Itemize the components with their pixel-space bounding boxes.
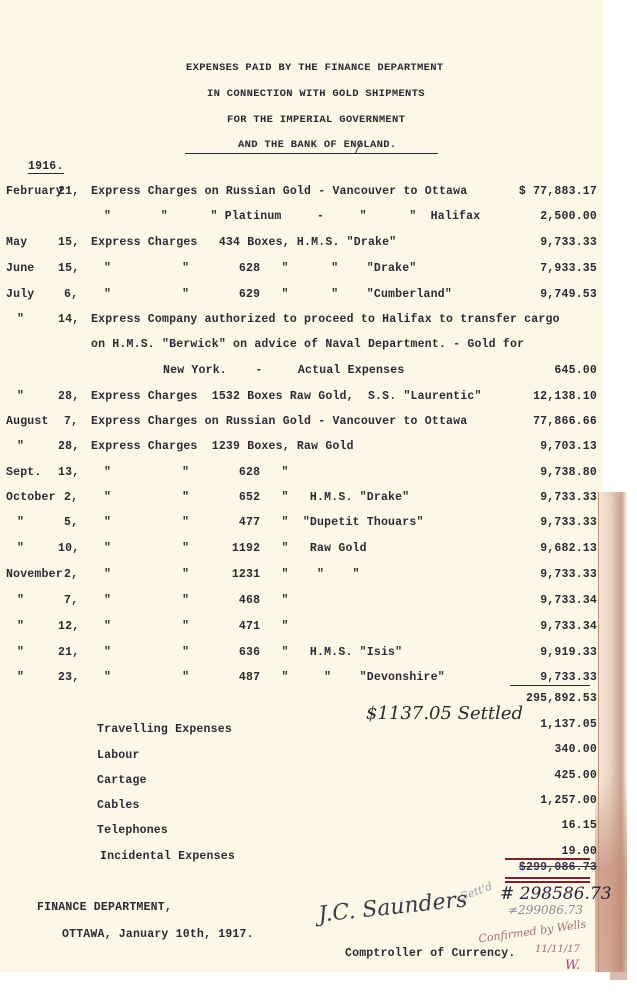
struck-total-amount: $299,086.73 [477,861,597,874]
title-line-4: AND THE BANK OF ENGLAND. [238,139,396,151]
entry-month: " [17,440,24,453]
entry-day: 15, [58,236,79,249]
signatory-title: Comptroller of Currency. [345,947,515,960]
entry-amount: 9,733.33 [477,568,597,581]
stained-corner [595,780,627,980]
entry-amount: 9,749.53 [477,288,597,301]
entry-month: November [6,568,63,581]
entry-amount: 9,733.33 [477,236,597,249]
entry-month: " [17,671,24,684]
entry-description: " " 487 " " "Devonshire" [104,671,445,684]
entry-day: 13, [58,466,79,479]
entry-description: New York. - Actual Expenses [163,364,404,377]
entry-description: " " 636 " H.M.S. "Isis" [104,646,402,659]
entry-description: Express Charges 1532 Boxes Raw Gold, S.S… [91,390,482,403]
expense-label: Cartage [97,774,147,787]
year-heading: 1916. [28,160,64,174]
entry-month: October [6,491,56,504]
entry-amount: 9,733.33 [477,491,597,504]
title-line-2: IN CONNECTION WITH GOLD SHIPMENTS [207,88,425,100]
entry-day: 7, [64,415,78,428]
entry-amount: 77,866.66 [477,415,597,428]
expense-amount: 19.00 [477,845,597,858]
entry-day: 15, [58,262,79,275]
entry-day: 10, [58,542,79,555]
footer-department: FINANCE DEPARTMENT, [37,901,172,914]
expense-label: Labour [97,749,140,762]
entry-description: Express Charges on Russian Gold - Vancou… [91,185,467,198]
entry-day: 28, [58,440,79,453]
handwritten-old-total: ≠299086.73 [508,903,583,917]
entry-description: Express Charges on Russian Gold - Vancou… [91,415,467,428]
entry-month: February [6,185,63,198]
entry-month: June [6,262,34,275]
entry-description: " " 652 " H.M.S. "Drake" [104,491,409,504]
entry-month: " [17,620,24,633]
entry-description: " " 477 " "Dupetit Thouars" [104,516,424,529]
handwritten-confirmation-date: 11/11/17 [535,944,580,955]
entry-day: 6, [64,288,78,301]
expense-label: Cables [97,799,140,812]
entry-amount: 12,138.10 [477,390,597,403]
expense-label: Telephones [97,824,168,837]
entry-amount: $ 77,883.17 [477,185,597,198]
handwritten-corrected-total: # 298586.73 [500,884,612,904]
title-line-1: EXPENSES PAID BY THE FINANCE DEPARTMENT [186,62,443,74]
entry-month: Sept. [6,466,42,479]
entry-description: " " 628 " " "Drake" [104,262,416,275]
expense-amount: 425.00 [477,769,597,782]
entry-day: 12, [58,620,79,633]
footer-place-date: OTTAWA, January 10th, 1917. [62,928,254,941]
entry-amount: 9,919.33 [477,646,597,659]
title-line-3: FOR THE IMPERIAL GOVERNMENT [227,114,405,126]
entry-month: " [17,313,24,326]
entry-month: " [17,542,24,555]
page-bottom-margin [0,972,610,1000]
entry-day: 21, [58,185,79,198]
expense-label: Incidental Expenses [100,850,235,863]
entry-description: " " 471 " [104,620,289,633]
entry-amount: 9,733.34 [477,594,597,607]
handwritten-initials: W. [565,958,580,973]
entry-day: 28, [58,390,79,403]
entry-description: " " 1231 " " " [104,568,360,581]
entry-day: 14, [58,313,79,326]
entry-description: " " 1192 " Raw Gold [104,542,367,555]
entry-amount: 9,733.33 [477,516,597,529]
entry-description: on H.M.S. "Berwick" on advice of Naval D… [91,338,524,351]
entry-amount: 645.00 [477,364,597,377]
total-rule [505,858,590,860]
entry-amount: 9,738.80 [477,466,597,479]
subtotal-rule [510,685,590,686]
entry-description: " " " Platinum - " " Halifax [104,210,480,223]
entry-day: 21, [58,646,79,659]
entry-description: Express Charges 434 Boxes, H.M.S. "Drake… [91,236,396,249]
entry-month: " [17,646,24,659]
entry-month: " [17,390,24,403]
entry-description: Express Company authorized to proceed to… [91,313,560,326]
entry-month: " [17,516,24,529]
title-pen-mark: / [356,140,361,156]
entry-day: 5, [64,516,78,529]
entry-day: 2, [64,568,78,581]
entry-description: " " 629 " " "Cumberland" [104,288,452,301]
entry-amount: 9,703.13 [477,440,597,453]
handwritten-travel-note: $1137.05 Settled [366,703,523,724]
entry-amount: 9,682.13 [477,542,597,555]
entry-description: " " 628 " [104,466,289,479]
double-rule-2 [505,881,590,883]
expense-amount: 16.15 [477,819,597,832]
entry-amount: 7,933.35 [477,262,597,275]
entry-month: May [6,236,27,249]
entry-month: July [6,288,34,301]
entry-description: Express Charges 1239 Boxes, Raw Gold [91,440,354,453]
entry-description: " " 468 " [104,594,289,607]
entry-month: August [6,415,49,428]
expense-label: Travelling Expenses [97,723,232,736]
entry-amount: 2,500.00 [477,210,597,223]
entry-amount: 9,733.34 [477,620,597,633]
expense-amount: 1,257.00 [477,794,597,807]
entry-amount: 9,733.33 [477,671,597,684]
entry-day: 23, [58,671,79,684]
expense-amount: 340.00 [477,743,597,756]
double-rule-1 [505,877,590,879]
entry-day: 2, [64,491,78,504]
title-underline [185,153,438,154]
entry-month: " [17,594,24,607]
entry-day: 7, [64,594,78,607]
